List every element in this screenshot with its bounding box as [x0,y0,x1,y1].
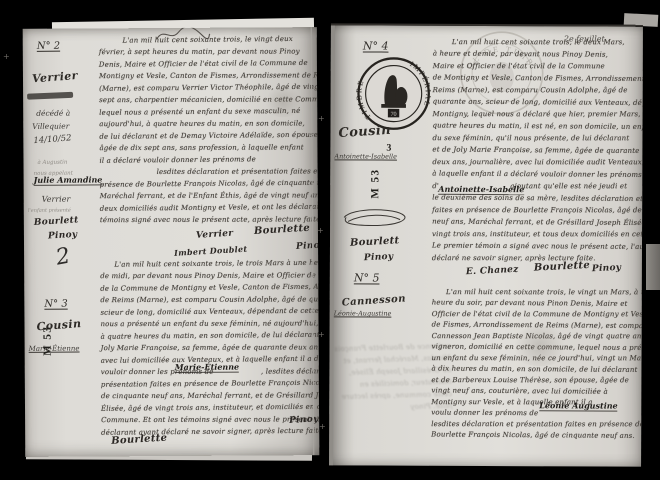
stamp-plinth [381,104,406,108]
handwritten-line: à heure et demie, par devant nous Pinoy … [433,49,639,62]
margin-name-leonie: Léonie-Augustine [334,309,392,317]
inserted-name-leonie: Léonie Augustine [539,400,617,411]
binding-stitch: + [319,422,326,431]
death-note-line1: décédé à [36,109,70,118]
stamp-figure-seated [395,87,407,106]
flourish-numeral-2: 2 [54,244,72,271]
margin-name-cousin-right: Cousin [338,123,391,141]
death-note-date: 14/10/52 [33,133,72,146]
signature-pinoy-bottom: Pinoy [289,414,319,426]
act-2-lines: L'an mil huit cent soixante trois, le vi… [99,35,314,228]
margin-name-marie-etienne: Marie-Étienne [29,345,80,353]
signature-bourlette-bottom: Bourlette [111,433,168,447]
margin-name-cannesson: Cannesson [341,293,406,308]
signature-verrier: Verrier [196,229,234,241]
archive-stamp-m53: M 53 [42,326,54,356]
ink-smudge [27,92,73,100]
handwritten-line: à dix heures du matin, en son domicile, … [431,364,637,376]
archive-digit-3: 3 [386,143,391,154]
handwritten-line: et de Barbereux Louise Thérèse, son épou… [431,376,637,387]
handwritten-line: L'an mil huit cent soixante trois, le vi… [432,288,638,299]
handwritten-line: Maire et Officier de l'état civil de la … [433,62,639,74]
margin-name-verrier-2: Verrier [42,195,71,204]
paper-blot [509,326,569,366]
act-number-2: N° 2 [37,41,60,52]
handwritten-line: à laquelle enfant il a déclaré vouloir d… [432,169,638,182]
margin-tiny-note: l'enfant présenté [28,208,71,214]
imperial-revenue-stamp: TIMBRE IMPÉRIAL 70 [355,55,431,131]
signature-flourish-oval [338,205,410,229]
signature-pinoy-right: Pinoy [592,263,622,274]
handwritten-line: quarante ans, scieur de long, domicilié … [433,97,639,110]
act-number-5: N° 5 [354,271,380,284]
right-page: N° 4 2e feuillet. TIMBRE IMPÉRIAL 70 [329,23,643,466]
margin-signature-bourlett: Bourlett [34,215,79,228]
margin-name-verrier: Verrier [32,69,79,85]
handwritten-line: Le premier témoin a signé avec nous le p… [432,241,638,254]
inserted-name-marie-etienne: Marie-Étienne [175,362,239,373]
handwritten-line: du sexe féminin, qu'il nous présente, de… [432,134,638,146]
act-4-lines: L'an mil huit cent soixante trois, le de… [432,38,639,267]
ink-bleed-through: présence de Bourlette FrançoisNicolas, M… [330,342,452,418]
binding-stitch: + [317,226,324,235]
margin-signature-bourlett-right: Bourlett [350,235,400,248]
handwritten-line: vingt neuf ans, couturière, avec lui dom… [431,386,637,398]
handwritten-line: neuf ans, Maréchal ferrant, et de Grésil… [432,217,638,230]
page-edge-notch [646,244,660,290]
handwritten-line: le deuxième des soins de sa mère, lesdit… [432,193,638,206]
binding-stitch: + [318,330,325,339]
act-number-3: N° 3 [44,299,67,310]
margin-signature-pinoy-right: Pinoy [364,252,394,263]
signature-bourlette-right: Bourlette [534,260,591,274]
handwritten-line: Officier de l'état civil de la Commune d… [432,310,638,321]
act-3-lines: L'an mil huit cent soixante trois, le tr… [100,259,315,440]
handwritten-line: de Montigny et Vesle, Canton de Fismes, … [433,73,639,86]
handwritten-line: Reims (Marne), est comparu Cousin Adolph… [433,86,639,98]
handwritten-line: quatre heures du matin, il est né, en so… [432,121,638,134]
handwritten-line: Montigny, lequel nous a déclaré que hier… [433,110,639,122]
pencil-note-line1: à Augustin [37,160,67,166]
handwritten-line: L'an mil huit cent soixante trois, le de… [433,38,639,50]
binding-stitch: + [318,114,325,123]
handwritten-line: vingt trois ans, instituteur, et tous de… [432,230,638,242]
death-note-line2: Villequier [32,122,69,131]
stamp-value: 70 [390,112,396,118]
signature-pinoy: Pinoy [296,240,320,252]
handwritten-line: Bourlette François Nicolas, âgé de cinqu… [431,430,637,442]
act-number-4: N° 4 [363,39,389,52]
scanned-register-photo: + N° 2 Verrier décédé à Villequier 14/10… [0,0,660,480]
handwritten-line: et de Joly Marie Françoise, sa femme, âg… [432,145,638,158]
signature-chanez: E. Chanez [466,265,519,278]
handwritten-line: lesdites déclaration et présentation fai… [431,420,637,431]
handwritten-line: faites en présence de Bourlette François… [432,206,638,218]
inserted-name-julie-amandine: Julie Amandine [34,174,103,185]
inserted-name-antoinette: Antoinette-Isabelle [438,184,524,195]
handwritten-line: deux ans, journalière, avec lui domicili… [432,158,638,170]
handwritten-line: heure du soir, par devant nous Pinon Den… [432,298,638,310]
paper-blot [263,87,303,117]
margin-name-antoinette: Antoinette-Isabelle [334,152,397,160]
signature-bourlette: Bourlette [254,223,311,237]
signature-imbert-doublet: Imbert Doublet [174,244,248,258]
margin-signature-pinoy: Pinoy [48,230,78,242]
left-page: N° 2 Verrier décédé à Villequier 14/10/5… [23,27,320,457]
archive-stamp-m53-right: M 53 [369,168,381,198]
plus-mark: + [3,52,10,61]
